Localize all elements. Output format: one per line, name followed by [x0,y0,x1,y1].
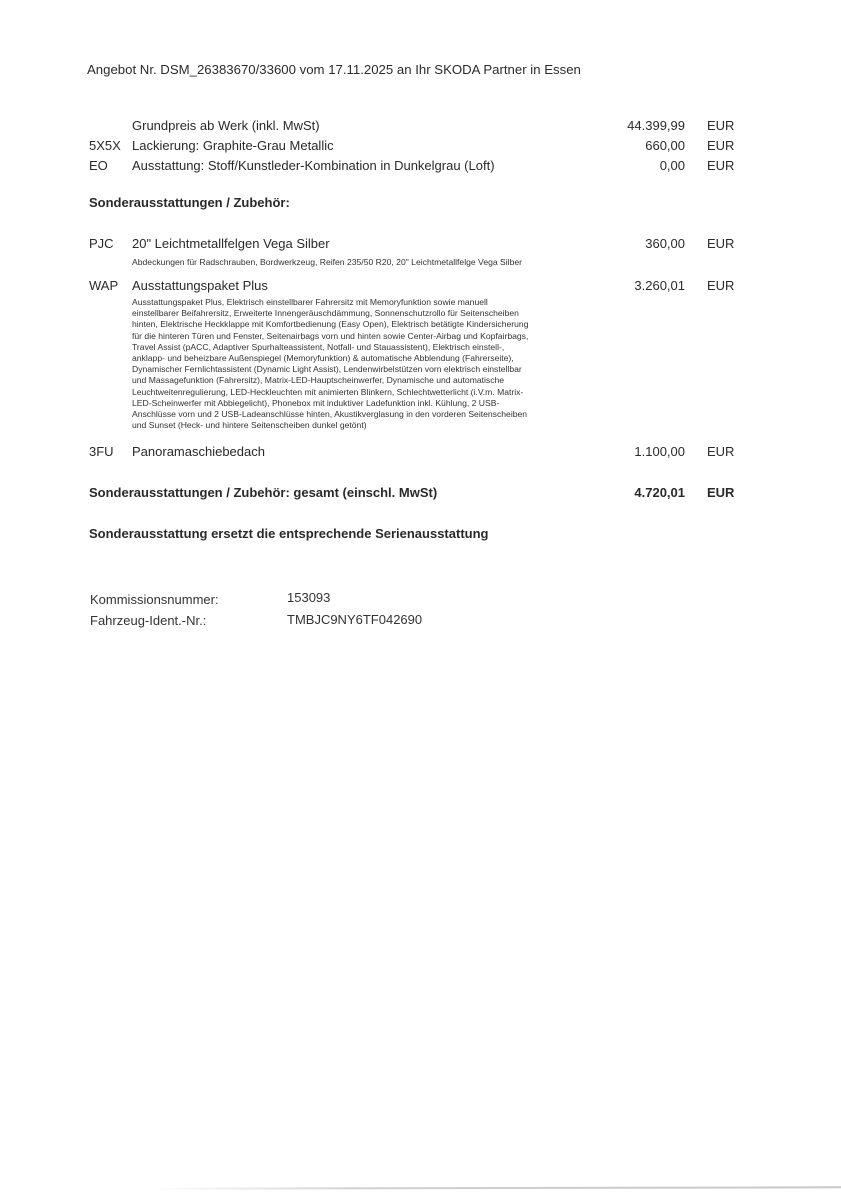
base-item-amount: 0,00 [660,158,685,173]
option-item-details: Ausstattungspaket Plus, Elektrisch einst… [132,297,602,431]
option-item-details-line: Leuchtweitenregulierung, LED-Heckleuchte… [132,387,602,398]
scan-edge-line [150,1186,841,1189]
option-item-details-line: einstellbarer Beifahrersitz, Erweiterte … [132,308,602,319]
option-item-details-line: Travel Assist (pACC, Adaptiver Spurhalte… [132,342,602,353]
base-item-currency: EUR [707,138,734,153]
base-item-description: Ausstattung: Stoff/Kunstleder-Kombinatio… [132,158,495,173]
option-item-code: 3FU [89,444,114,459]
option-item-code: WAP [89,278,118,293]
option-item-currency: EUR [707,444,734,459]
base-item-description: Grundpreis ab Werk (inkl. MwSt) [132,118,320,133]
option-item-details-line: Ausstattungspaket Plus, Elektrisch einst… [132,297,602,308]
option-item-details-line: Dynamischer Fernlichtassistent (Dynamic … [132,364,602,375]
base-item-currency: EUR [707,158,734,173]
base-item-amount: 44.399,99 [627,118,685,133]
replacement-note: Sonderausstattung ersetzt die entspreche… [89,526,488,541]
vin-label: Fahrzeug-Ident.-Nr.: [90,613,206,628]
option-item-details-line: anklapp- und beheizbare Außenspiegel (Me… [132,353,602,364]
commission-number-label: Kommissionsnummer: [90,592,219,607]
options-total-label: Sonderausstattungen / Zubehör: gesamt (e… [89,485,437,500]
option-item-currency: EUR [707,278,734,293]
option-item-details-line: und Massagefunktion (Fahrersitz), Matrix… [132,375,602,386]
option-item-details-line: Anschlüsse vorn und 2 USB-Ladeanschlüsse… [132,409,602,420]
option-item-amount: 3.260,01 [634,278,685,293]
offer-header-title: Angebot Nr. DSM_26383670/33600 vom 17.11… [87,62,581,77]
base-item-currency: EUR [707,118,734,133]
option-item-description: 20" Leichtmetallfelgen Vega Silber [132,236,330,251]
option-item-details: Abdeckungen für Radschrauben, Bordwerkze… [132,257,602,268]
commission-number-value: 153093 [287,590,330,605]
option-item-details-line: hinten, Elektrische Heckklappe mit Komfo… [132,319,602,330]
option-item-details-line: für die hinteren Türen und Fenster, Seit… [132,331,602,342]
option-item-currency: EUR [707,236,734,251]
vin-value: TMBJC9NY6TF042690 [287,612,422,627]
base-item-description: Lackierung: Graphite-Grau Metallic [132,138,334,153]
base-item-amount: 660,00 [645,138,685,153]
option-item-amount: 360,00 [645,236,685,251]
option-item-details-line: LED-Scheinwerfer mit Abbiegelicht), Phon… [132,398,602,409]
options-total-currency: EUR [707,485,734,500]
base-item-code: 5X5X [89,138,121,153]
option-item-amount: 1.100,00 [634,444,685,459]
options-section-heading: Sonderausstattungen / Zubehör: [89,195,290,210]
option-item-details-line: und Sunset (Heck- und hintere Seitensche… [132,420,602,431]
option-item-description: Ausstattungspaket Plus [132,278,268,293]
option-item-description: Panoramaschiebedach [132,444,265,459]
options-total-amount: 4.720,01 [634,485,685,500]
option-item-code: PJC [89,236,114,251]
base-item-code: EO [89,158,108,173]
